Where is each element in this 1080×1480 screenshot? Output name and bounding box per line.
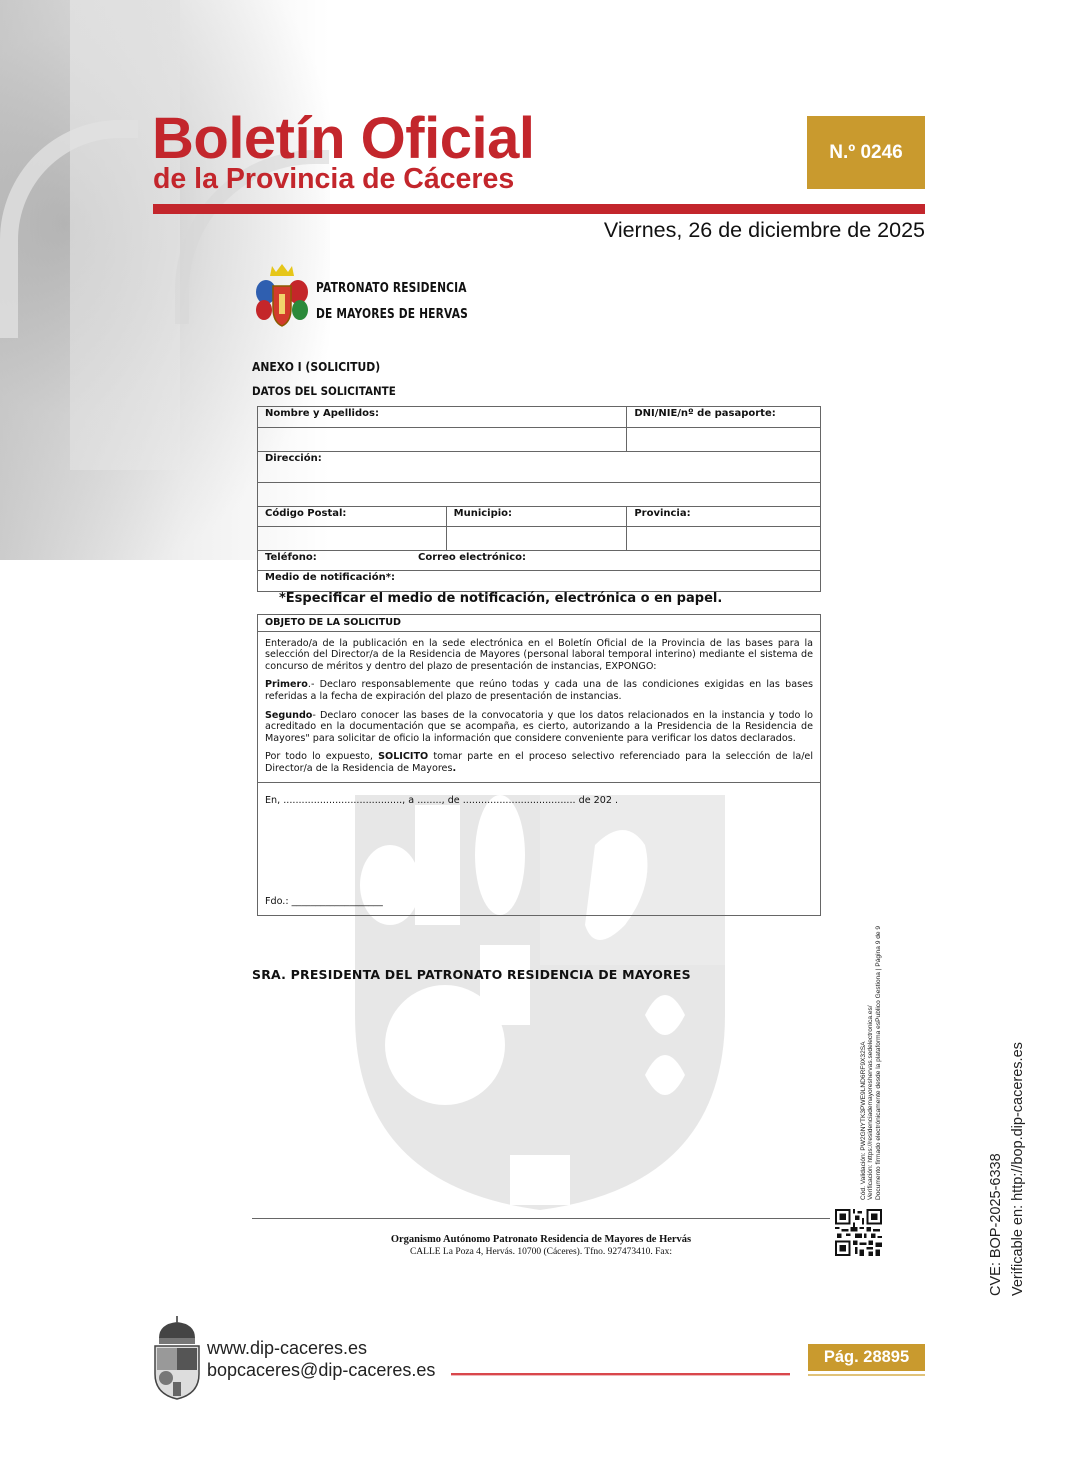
footer-divider (252, 1218, 830, 1219)
id-doc-field[interactable] (627, 428, 821, 452)
verification-link[interactable]: Verificable en: http://bop.dip-caceres.e… (1007, 1042, 1029, 1296)
notification-note: *Especificar el medio de notificación, e… (279, 591, 722, 606)
contact-row[interactable]: Teléfono:Correo electrónico: (258, 551, 821, 571)
applicant-data-table: Nombre y Apellidos: DNI/NIE/nº de pasapo… (257, 406, 821, 592)
solicito-paragraph: Por todo lo expuesto, SOLICITO tomar par… (265, 751, 813, 774)
electronic-signature-info: Cód. Validación: PW2GNYTK3PWE9LND6RF9X32… (860, 926, 882, 1200)
qr-code-icon[interactable] (835, 1209, 882, 1256)
bulletin-title: Boletín Oficial (152, 108, 534, 170)
issue-number-badge: N.º 0246 (807, 116, 925, 189)
primero-paragraph: Primero.- Declaro responsablemente que r… (265, 679, 813, 702)
section-title: DATOS DEL SOLICITANTE (252, 384, 396, 398)
municipality-field[interactable] (446, 527, 627, 551)
diputacion-caceres-coat-of-arms-icon (153, 1316, 201, 1400)
header-divider (153, 204, 925, 214)
postal-code-label: Código Postal: (258, 507, 447, 527)
id-doc-label: DNI/NIE/nº de pasaporte: (627, 407, 821, 428)
footer-address: CALLE La Poza 4, Hervás. 10700 (Cáceres)… (252, 1247, 830, 1257)
notification-field[interactable]: Medio de notificación*: (258, 571, 821, 592)
cve-info: CVE: BOP-2025-6338 Verificable en: http:… (985, 1042, 1029, 1296)
postal-code-field[interactable] (258, 527, 447, 551)
address-field[interactable] (258, 483, 821, 507)
organization-name: PATRONATO RESIDENCIA DE MAYORES DE HERVA… (316, 276, 468, 328)
signature-area[interactable]: En, ....................................… (258, 783, 820, 915)
phone-label: Teléfono: (265, 552, 418, 563)
cve-code: CVE: BOP-2025-6338 (985, 1042, 1007, 1296)
place-date-line: En, ....................................… (265, 795, 618, 807)
request-object-box: OBJETO DE LA SOLICITUD Enterado/a de la … (257, 614, 821, 916)
request-object-heading: OBJETO DE LA SOLICITUD (258, 615, 820, 632)
footer-contact: www.dip-caceres.es bopcaceres@dip-cacere… (207, 1337, 435, 1381)
page-badge-underline (808, 1374, 925, 1376)
email-label: Correo electrónico: (418, 552, 526, 563)
annex-title: ANEXO I (SOLICITUD) (252, 360, 380, 374)
addressee: SRA. PRESIDENTA DEL PATRONATO RESIDENCIA… (252, 967, 691, 982)
name-field[interactable] (258, 428, 627, 452)
email-link[interactable]: bopcaceres@dip-caceres.es (207, 1359, 435, 1381)
province-field[interactable] (627, 527, 821, 551)
intro-paragraph: Enterado/a de la publicación en la sede … (265, 638, 813, 673)
segundo-paragraph: Segundo- Declaro conocer las bases de la… (265, 710, 813, 745)
municipality-label: Municipio: (446, 507, 627, 527)
hervas-coat-of-arms-icon (254, 262, 310, 330)
publication-date: Viernes, 26 de diciembre de 2025 (604, 218, 925, 243)
province-label: Provincia: (627, 507, 821, 527)
page-number-badge: Pág. 28895 (808, 1344, 925, 1371)
signature-line: Fdo.: ___________________ (265, 896, 383, 908)
footer-red-rule-shadow (451, 1375, 790, 1376)
website-link[interactable]: www.dip-caceres.es (207, 1337, 435, 1359)
footer-organization: Organismo Autónomo Patronato Residencia … (252, 1234, 830, 1245)
name-label: Nombre y Apellidos: (258, 407, 627, 428)
request-object-body: Enterado/a de la publicación en la sede … (258, 632, 820, 783)
address-label: Dirección: (258, 452, 821, 483)
bulletin-subtitle: de la Provincia de Cáceres (153, 163, 514, 195)
